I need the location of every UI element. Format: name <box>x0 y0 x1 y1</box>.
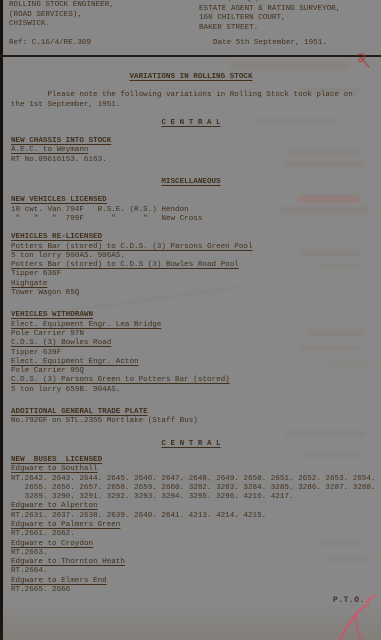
section-heading-relicensed: VEHICLES RE-LICENSED <box>11 233 371 242</box>
doc-line: RT No.09616153. 6163. <box>11 156 371 165</box>
letterhead-sender-block: ROLLING STOCK ENGINEER, (ROAD SERVICES),… <box>9 1 114 30</box>
fleet-numbers-line: RT.2642. 2643. 2644. 2645. 2646. 2647. 2… <box>11 475 371 484</box>
red-pencil-mark-top <box>352 52 376 70</box>
section-heading-new-chassis: NEW CHASSIS INTO STOCK <box>11 137 371 146</box>
fleet-numbers-line: 3289. 3290. 3291. 3292. 3293. 3294. 3295… <box>11 493 371 502</box>
section-heading-miscellaneous: MISCELLANEOUS <box>161 178 220 186</box>
fleet-numbers-line: RT.2631. 2637. 2638. 2639. 2640. 2641. 4… <box>11 512 371 521</box>
doc-line: C.D.S. (3) Parsons Green to Potters Bar … <box>11 376 371 385</box>
route-heading: Edgware to Southall <box>11 465 371 474</box>
reference-number: Ref: C.16/4/RE.309 <box>9 39 91 48</box>
fleet-numbers-line: RT.2664. <box>11 567 371 576</box>
section-heading-new-buses: NEW BUSES LICENSED <box>11 456 371 465</box>
doc-line: C.D.S. (3) Bowles Road <box>11 339 371 348</box>
document-body: VARIATIONS IN ROLLING STOCK Please note … <box>11 73 371 595</box>
page-title: VARIATIONS IN ROLLING STOCK <box>129 73 252 81</box>
doc-line: A.E.C. to Weymann <box>11 146 371 155</box>
doc-line: Potters Bar (stored) to C.D.S. (3) Parso… <box>11 243 371 252</box>
red-pencil-mark-bottom <box>330 592 381 640</box>
sender-line: (ROAD SERVICES), <box>9 11 114 21</box>
region-heading-central-1: C E N T R A L <box>161 119 220 127</box>
doc-line: No.792GF on STL.2355 Mortlake (Staff Bus… <box>11 417 371 426</box>
recipient-line: ESTATE AGENT & RATING SURVEYOR, <box>187 5 340 15</box>
doc-line: Pole Carrier 95Q <box>11 367 371 376</box>
scan-border-left <box>0 0 3 640</box>
letterhead-recipient-block: F.C. WEST, ESQ., ESTATE AGENT & RATING S… <box>187 0 340 33</box>
doc-line: 5 ton lorry 659B. 904AS. <box>11 386 371 395</box>
sender-line: ROLLING STOCK ENGINEER, <box>9 1 114 11</box>
section-heading-new-vehicles: NEW VEHICLES LICENSED <box>11 196 371 205</box>
route-heading: Edgware to Alperton <box>11 502 371 511</box>
doc-line: Elect. Equipment Engr. Lea Bridge <box>11 321 371 330</box>
route-heading: Edgware to Elmers End <box>11 577 371 586</box>
sender-line: CHISWICK. <box>9 20 114 30</box>
doc-line: Tipper 636F <box>11 270 371 279</box>
doc-line: Tipper 639F <box>11 349 371 358</box>
intro-line: the 1st September, 1951. <box>11 101 371 110</box>
doc-line: 10 cwt. Van 794F R.S.E. (R.S.) Hendon <box>11 206 371 215</box>
doc-line: Pole Carrier 97N <box>11 330 371 339</box>
recipient-line: 160 CHILTERN COURT, <box>187 14 340 24</box>
section-heading-withdrawn: VEHICLES WITHDRAWN <box>11 311 371 320</box>
fleet-numbers-line: RT.2663. <box>11 549 371 558</box>
doc-line: Tower Wagon 85Q <box>11 289 371 298</box>
doc-line: Elect. Equipment Engr. Acton <box>11 358 371 367</box>
recipient-line: BAKER STREET. <box>187 24 340 34</box>
route-heading: Edgware to Palmers Green <box>11 521 371 530</box>
fleet-numbers-line: RT.2661. 2662. <box>11 530 371 539</box>
doc-line: Highgate <box>11 280 371 289</box>
intro-line: Please note the following variations in … <box>11 91 371 100</box>
scanned-document-page: ROLLING STOCK ENGINEER, (ROAD SERVICES),… <box>0 0 381 640</box>
doc-line: " " " 799F " " New Cross <box>11 215 371 224</box>
route-heading: Edgware to Thornton Heath <box>11 558 371 567</box>
doc-line: Potters Bar (stored) to C.D.S (3) Bowles… <box>11 261 371 270</box>
route-heading: Edgware to Croydon <box>11 540 371 549</box>
region-heading-central-2: C E N T R A L <box>161 440 220 448</box>
bleed-through-smudge <box>230 62 350 69</box>
section-heading-trade-plate: ADDITIONAL GENERAL TRADE PLATE <box>11 408 371 417</box>
fleet-numbers-line: RT.2665. 2666 <box>11 586 371 595</box>
fleet-numbers-line: 2655. 2656. 2657. 2658. 2659. 2660. 3282… <box>11 484 371 493</box>
doc-line: 5 ton lorry 900AS. 906AS. <box>11 252 371 261</box>
horizontal-rule <box>0 55 381 57</box>
date-line: Date 5th September, 1951. <box>213 39 327 48</box>
